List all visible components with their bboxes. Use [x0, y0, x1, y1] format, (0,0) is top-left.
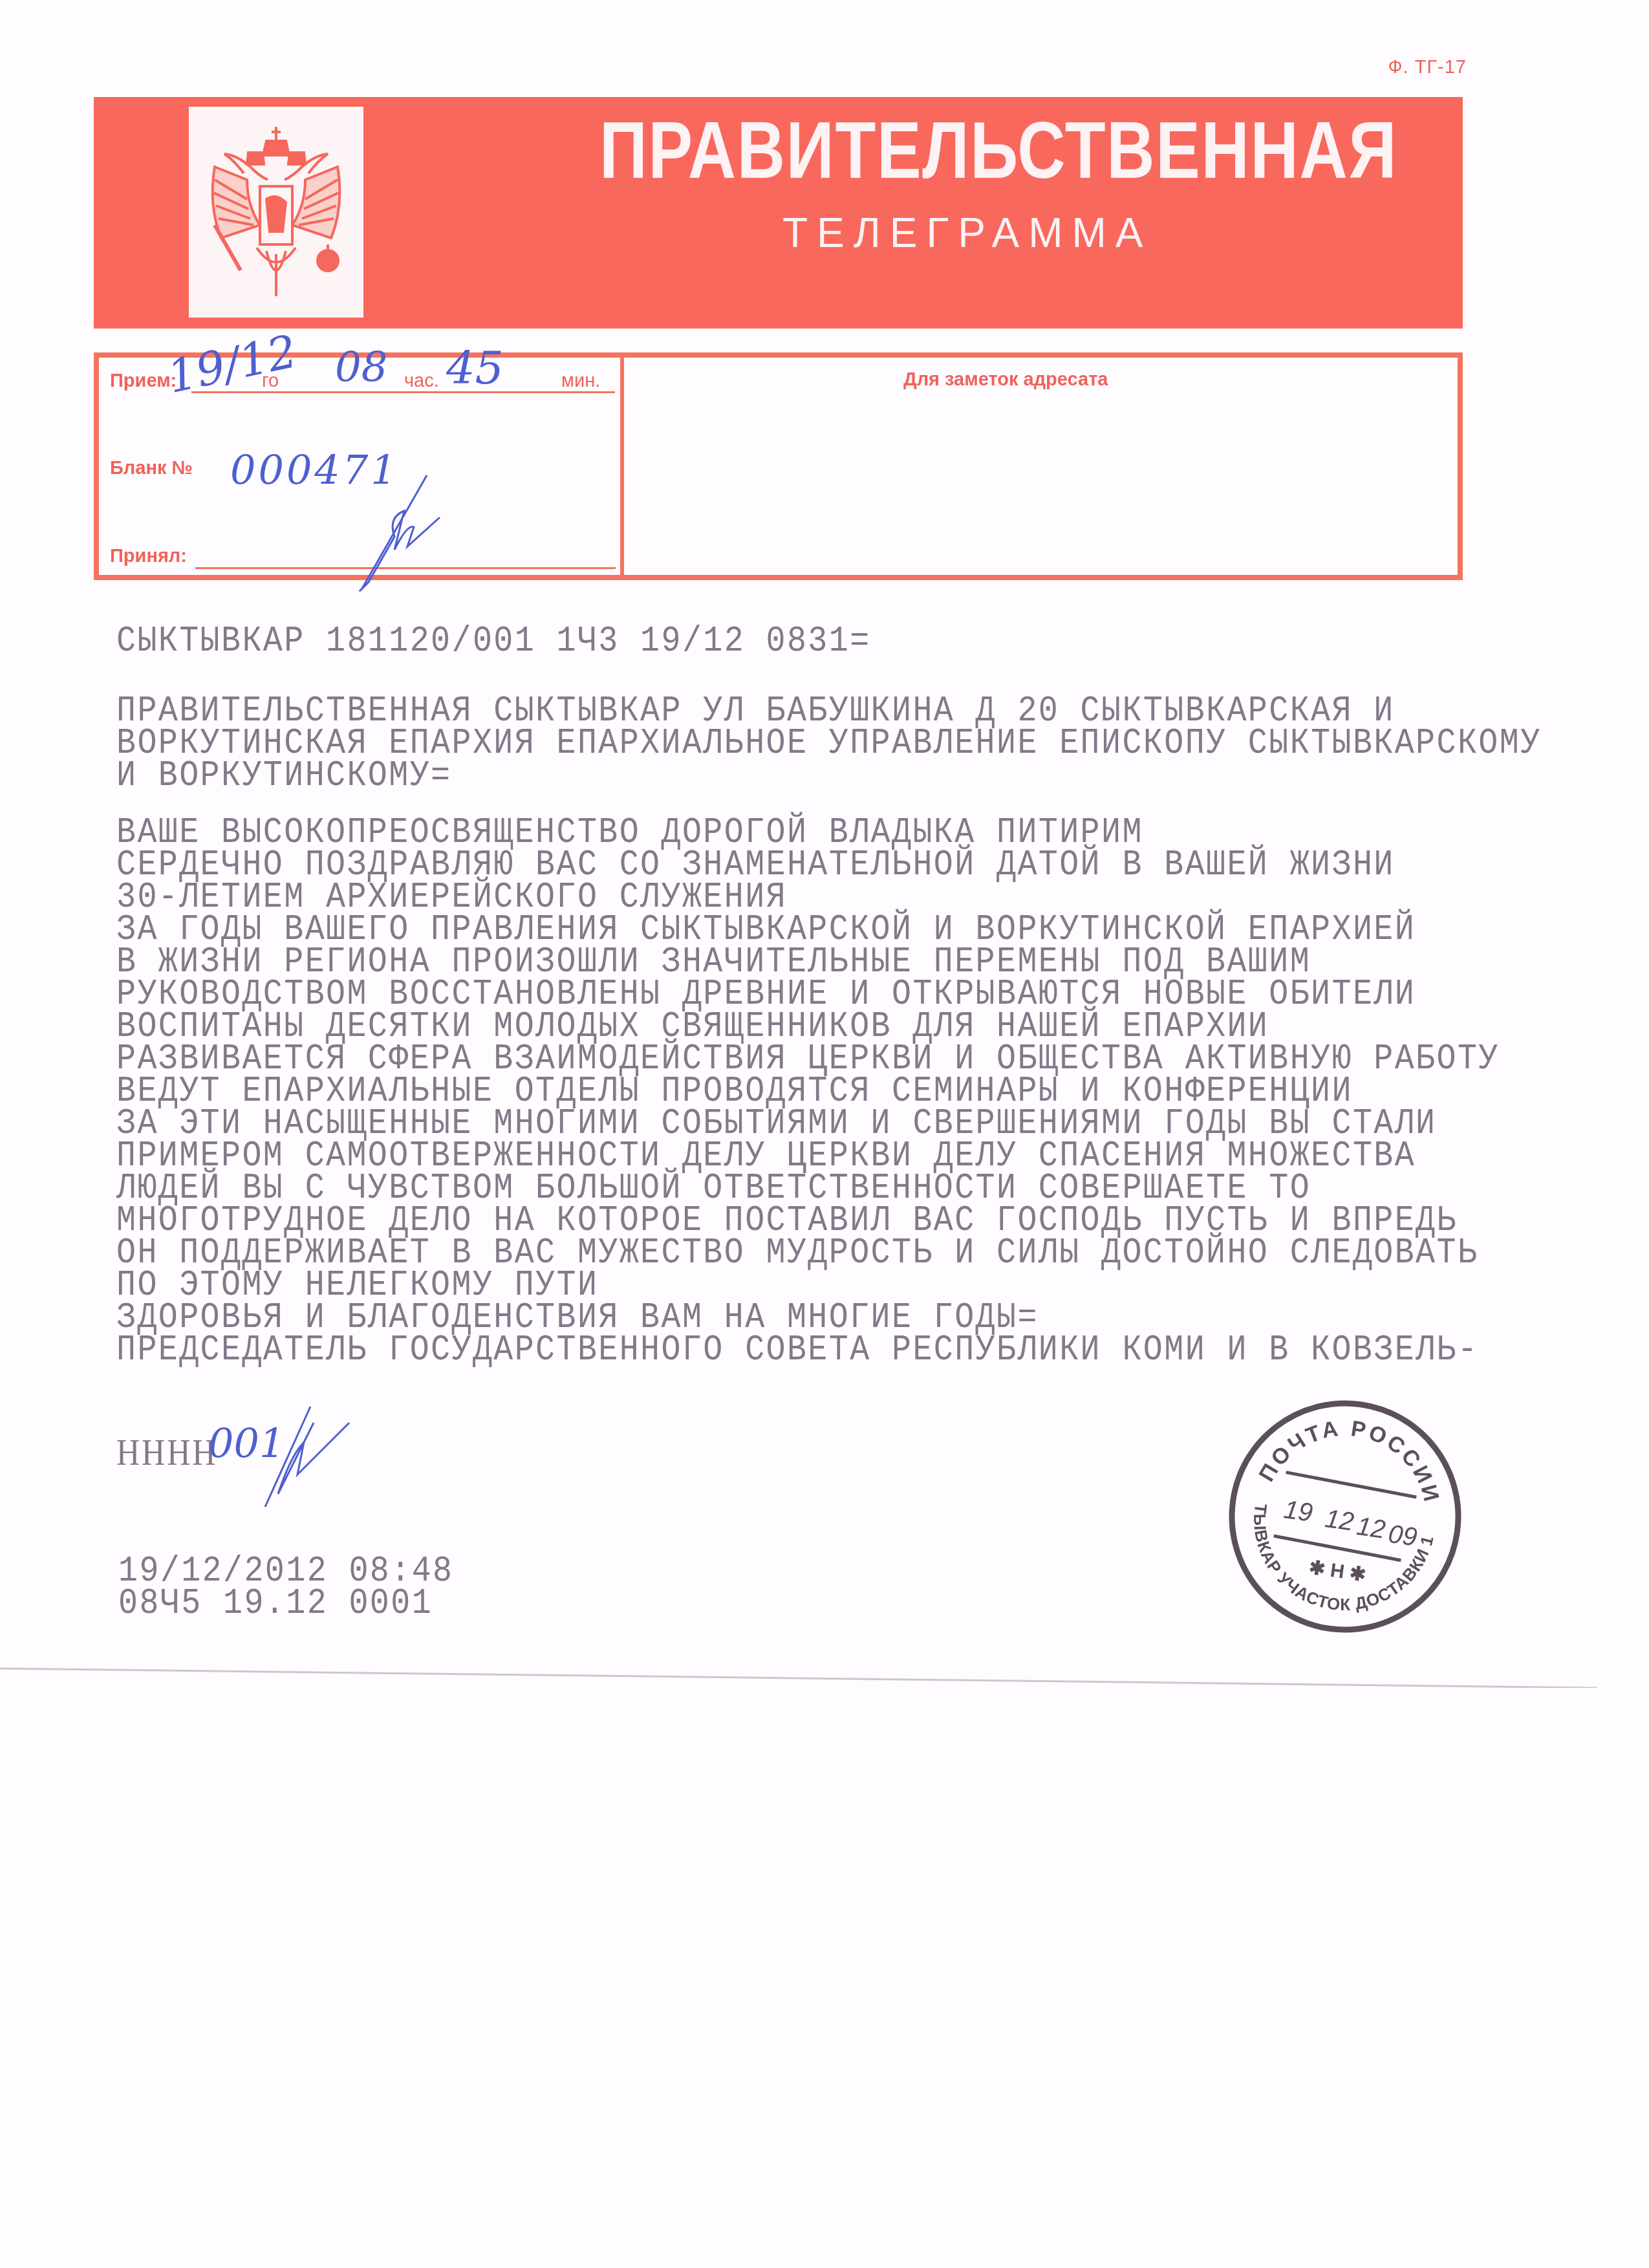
message-body: ВАШЕ ВЫСОКОПРЕОСВЯЩЕНСТВО ДОРОГОЙ ВЛАДЫК… — [116, 815, 1500, 1365]
tear-line — [0, 1662, 1597, 1688]
svg-text:19: 19 — [1282, 1495, 1315, 1528]
emblem-box — [189, 107, 363, 318]
service-line: СЫКТЫВКАР 181120/001 1Ч3 19/12 0831= — [116, 624, 871, 660]
day-suffix-label: го — [262, 371, 279, 392]
delivery-line: 08Ч5 19.12 0001 — [118, 1586, 433, 1623]
russian-coat-of-arms-icon — [195, 115, 357, 309]
form-title: ПРАВИТЕЛЬСТВЕННАЯ — [569, 109, 1428, 193]
form-subtitle: ТЕЛЕГРАММА — [782, 207, 1152, 259]
received-label: Прием: — [110, 371, 177, 392]
svg-text:09: 09 — [1386, 1520, 1419, 1552]
hour-label: час. — [404, 371, 439, 392]
minute-label: мин. — [561, 371, 600, 392]
operator-signature-icon — [246, 1403, 362, 1520]
received-minute[interactable]: 45 — [446, 341, 504, 394]
accepted-label: Принял: — [110, 546, 187, 567]
accepted-signature-icon — [349, 472, 453, 595]
end-marker: НННН — [116, 1434, 217, 1471]
svg-text:12: 12 — [1355, 1512, 1387, 1544]
svg-text:12: 12 — [1323, 1504, 1355, 1537]
body-line: ПРЕДСЕДАТЕЛЬ ГОСУДАРСТВЕННОГО СОВЕТА РЕС… — [116, 1333, 1500, 1369]
form-code: Ф. ТГ-17 — [1363, 57, 1467, 78]
received-line — [191, 391, 615, 393]
blank-number-label: Бланк № — [110, 458, 193, 479]
address-block: ПРАВИТЕЛЬСТВЕННАЯ СЫКТЫВКАР УЛ БАБУШКИНА… — [116, 694, 1542, 791]
svg-text:✱ Н ✱: ✱ Н ✱ — [1308, 1557, 1367, 1586]
postmark-stamp-icon: ПОЧТА РОССИИ СЫКТЫВКАР УЧАСТОК ДОСТАВКИ … — [1219, 1390, 1471, 1643]
address-line: И ВОРКУТИНСКОМУ= — [116, 759, 1542, 795]
addressee-notes-area[interactable] — [634, 388, 1455, 572]
received-hour[interactable]: 08 — [335, 344, 387, 392]
